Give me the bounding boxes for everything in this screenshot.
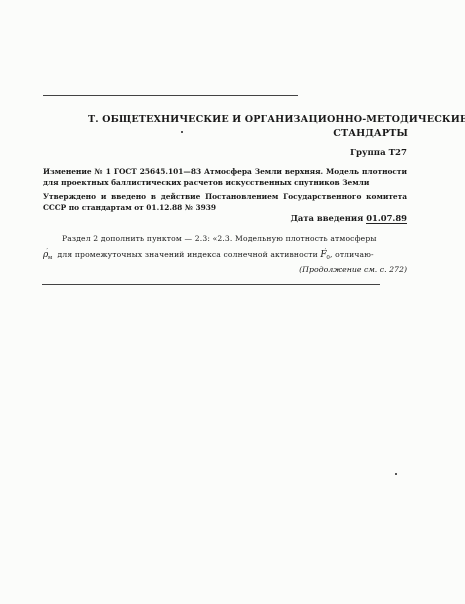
intro-date: Дата введения 01.07.89 bbox=[290, 213, 407, 223]
approval-note: Утверждено и введено в действие Постанов… bbox=[43, 192, 407, 213]
scan-speck bbox=[181, 131, 183, 133]
scan-speck bbox=[395, 473, 397, 475]
top-rule bbox=[43, 95, 298, 96]
amendment-title: Изменение № 1 ГОСТ 25645.101—83 Атмосфер… bbox=[43, 167, 407, 188]
body-line-1: Раздел 2 дополнить пунктом — 2.3: «2.3. … bbox=[62, 234, 377, 243]
section-title-line2: СТАНДАРТЫ bbox=[88, 127, 408, 141]
section-title-line1: Т. ОБЩЕТЕХНИЧЕСКИЕ И ОРГАНИЗАЦИОННО-МЕТО… bbox=[88, 113, 408, 127]
prime-mark: ′ bbox=[46, 248, 48, 255]
intro-date-label: Дата введения bbox=[290, 213, 363, 223]
rho-subscript: м bbox=[48, 255, 52, 261]
group-code: Группа Т27 bbox=[350, 148, 407, 158]
document-page: Т. ОБЩЕТЕХНИЧЕСКИЕ И ОРГАНИЗАЦИОННО-МЕТО… bbox=[0, 0, 465, 604]
bottom-rule bbox=[42, 284, 380, 285]
body-line-2: ρ′м для промежуточных значений индекса с… bbox=[43, 248, 374, 261]
body-line-2-end: , отличаю- bbox=[330, 250, 374, 259]
body-line-2-text: для промежуточных значений индекса солне… bbox=[58, 250, 318, 259]
intro-date-value: 01.07.89 bbox=[366, 213, 407, 224]
continuation-note: (Продолжение см. с. 272) bbox=[299, 265, 407, 274]
section-title: Т. ОБЩЕТЕХНИЧЕСКИЕ И ОРГАНИЗАЦИОННО-МЕТО… bbox=[88, 113, 408, 141]
